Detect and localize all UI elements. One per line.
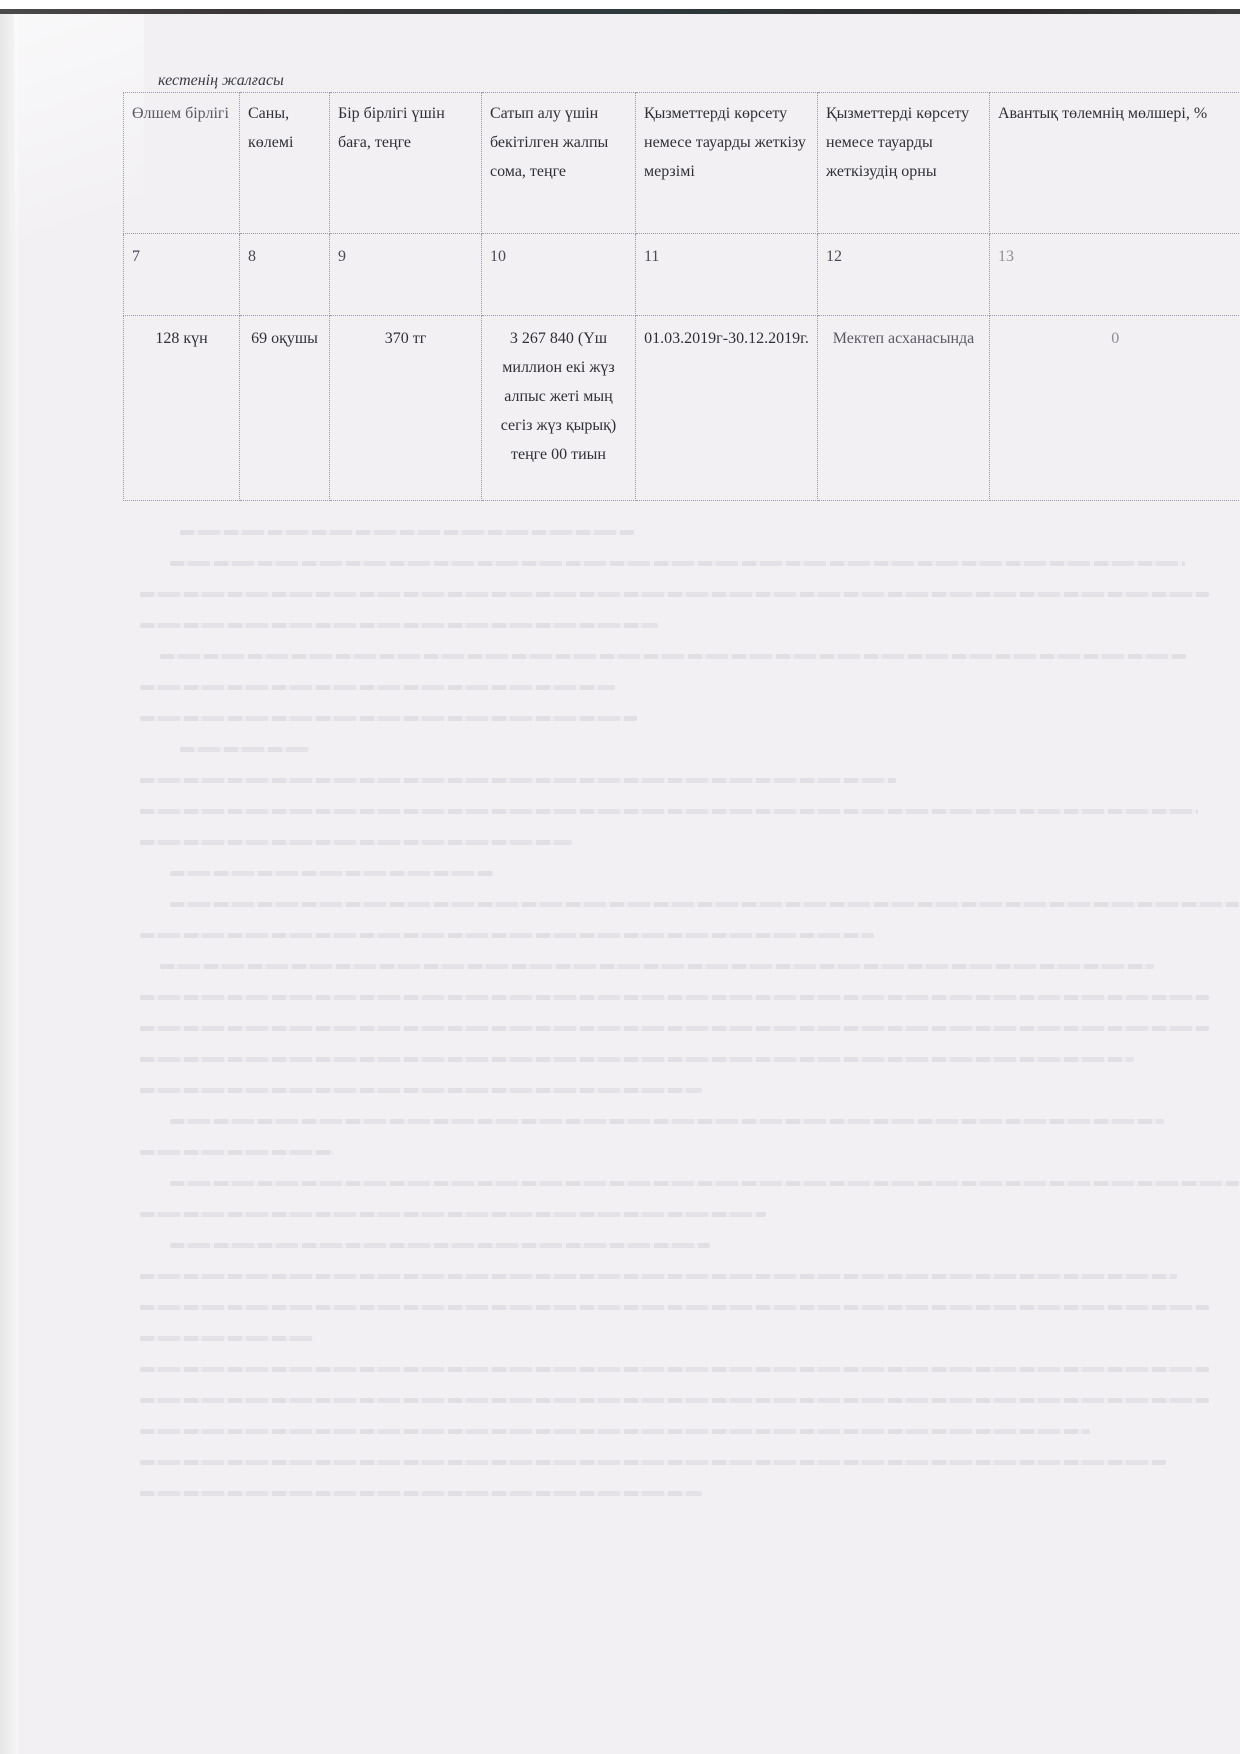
cell-unit-price: 370 тг: [330, 316, 482, 501]
cell-delivery-place: Мектеп асханасында: [818, 316, 990, 501]
cell-advance-percent: 0: [990, 316, 1240, 501]
column-number: 8: [240, 234, 330, 316]
procurement-table: Өлшем бірлігі Саны, көлемі Бір бірлігі ү…: [123, 92, 1240, 501]
header-total-amount: Сатып алу үшін бекітілген жалпы сома, те…: [482, 93, 636, 234]
header-unit-price: Бір бірлігі үшін баға, теңге: [330, 93, 482, 234]
table-header-row: Өлшем бірлігі Саны, көлемі Бір бірлігі ү…: [124, 93, 1240, 234]
cell-quantity: 69 оқушы: [240, 316, 330, 501]
column-number: 11: [636, 234, 818, 316]
header-quantity: Саны, көлемі: [240, 93, 330, 234]
column-number: 9: [330, 234, 482, 316]
cell-delivery-period: 01.03.2019г-30.12.2019г.: [636, 316, 818, 501]
scan-top-edge: [0, 9, 1240, 14]
reverse-side-bleed-through: [140, 530, 1220, 1522]
cell-unit: 128 күн: [124, 316, 240, 501]
column-number: 10: [482, 234, 636, 316]
table-row: 128 күн 69 оқушы 370 тг 3 267 840 (Үш ми…: [124, 316, 1240, 501]
cell-total-amount: 3 267 840 (Үш миллион екі жүз алпыс жеті…: [482, 316, 636, 501]
scan-top-margin: [0, 0, 1240, 9]
header-delivery-period: Қызметтерді көрсету немесе тауарды жеткі…: [636, 93, 818, 234]
column-number: 7: [124, 234, 240, 316]
header-advance-percent: Авантық төлемнің мөлшері, %: [990, 93, 1240, 234]
header-unit: Өлшем бірлігі: [124, 93, 240, 234]
header-delivery-place: Қызметтерді көрсету немесе тауарды жеткі…: [818, 93, 990, 234]
column-number: 12: [818, 234, 990, 316]
column-number: 13: [990, 234, 1240, 316]
column-number-row: 7 8 9 10 11 12 13: [124, 234, 1240, 316]
table-continuation-caption: кестенің жалғасы: [158, 72, 284, 90]
